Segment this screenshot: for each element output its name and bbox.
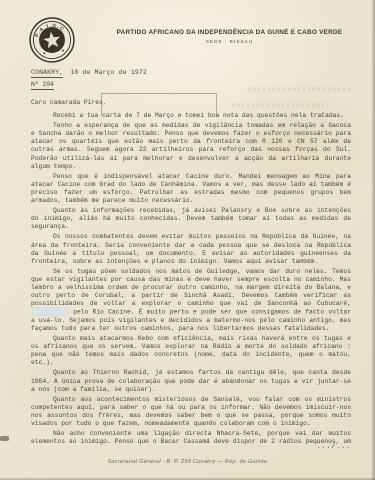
paragraph-7: Quanto mais atacarmos Kebo com eficiênci… [31, 335, 351, 367]
scan-corner-mark [0, 436, 9, 441]
letterhead: P.A.I.G.C. PARTIDO AFRICANO DA INDEPENDÊ… [0, 0, 375, 66]
place-name: CONAKRY, [31, 69, 63, 78]
letter-date: 10 de Março de 1972 [70, 69, 147, 76]
paragraph-8: Quanto ao Thierno Rachid, já estamos far… [31, 369, 351, 393]
whiteout-correction [33, 308, 67, 315]
letter-body: Caro camarada Pires, Recebi a tua carta … [31, 99, 351, 446]
party-name: PARTIDO AFRICANO DA INDEPENDÊNCIA DA GUI… [98, 29, 361, 36]
ink-offset-ghost [248, 87, 352, 91]
paragraph-6-text-after: pelo Rio Cacine. É muito perto e pode se… [31, 309, 351, 332]
paragraph-2: Tenho a esperança de que as medidas de v… [31, 122, 351, 171]
paragraph-10: Não acho conveniente uma ligação directa… [31, 430, 351, 446]
scan-edge-right [371, 0, 375, 480]
letter-page: P.A.I.G.C. PARTIDO AFRICANO DA INDEPENDÊ… [0, 0, 375, 480]
paigc-seal-icon: P.A.I.G.C. [26, 14, 78, 66]
paragraph-9: Quanto aos acontecimentos misteriosos de… [31, 396, 351, 428]
paragraph-4: Quanto às informações recebidas, já avis… [31, 207, 351, 231]
paragraph-5: Os nossos combatentes devem evitar muito… [31, 233, 351, 265]
paragraph-1: Recebi a tua carta de 7 de Março e tomei… [31, 112, 351, 120]
paragraph-6: Se os tugas põem soldados nos matos de G… [31, 268, 351, 333]
paragraph-3: Penso que é indispensável atacar Cacine … [31, 173, 351, 205]
dateline: CONAKRY, 10 de Março de 1972 [31, 69, 147, 76]
seat-line: SEDE : BISSAU [98, 39, 361, 44]
print-footer: Secrétariat Général : B. P. 298 Conakry … [0, 459, 375, 465]
continuation-mark: .../... [317, 443, 351, 450]
paragraph-6-text-before: Se os tugas põem soldados nos matos de G… [31, 268, 351, 307]
salutation: Caro camarada Pires, [31, 99, 351, 107]
document-number: Nº 204 [31, 81, 54, 90]
